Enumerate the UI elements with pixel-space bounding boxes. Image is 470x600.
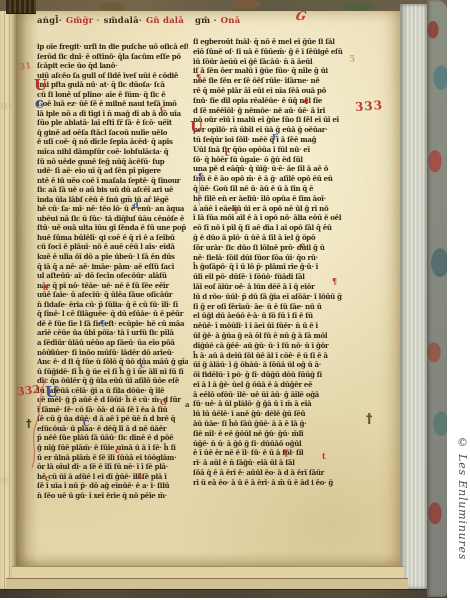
- binding-top-edge: [0, 0, 447, 11]
- rubrication-mark: ¶: [233, 206, 238, 214]
- rubrication-mark: c: [225, 149, 230, 157]
- manuscript-text-line: ōī fidēlū· ī pō· ḡ ſī· dūḡū dōū ſūūḡ ſī: [193, 370, 353, 380]
- manuscript-text-line: ſtū· uē ouā ulta īūu gī ſēnda ē ſū une p…: [37, 223, 188, 233]
- rubrication-mark: c: [300, 241, 305, 249]
- folio-number-333: 333: [355, 98, 384, 114]
- manuscript-text-line: ntē ē iū uēo coē ī maſala ſeptē· q̄ ſīno…: [37, 176, 188, 186]
- manuscript-text-line: cū ſi lonē uſ plīno· aīe ē ſūm· q̄ ſic ē: [37, 90, 188, 100]
- manuscript-text-line: āū ūāe· ſī h̄ō ſāū ḡūē· ā ā ē lā ḡ·: [193, 419, 353, 429]
- decorated-initial: U: [190, 120, 203, 135]
- manuscript-text-line: Uūl ſnā ſir q̄ūo opōūa ī ſūl nū· eī: [193, 145, 353, 155]
- rubrication-mark: c: [45, 474, 50, 482]
- rubrication-mark: c: [115, 446, 120, 454]
- header-word: aṅgl̄·: [37, 16, 62, 26]
- manuscript-text-line: rī ū eā ēo· ā ū ē ā ērī· ā m̄ ū ē ād i ē…: [193, 478, 353, 488]
- manuscript-text-line: lū lū ūēlē· ī anē ḡū· dēlē ḡū ſēū: [193, 409, 353, 419]
- manuscript-text-line: ſōr urār· ſic dūo ſi lōlnē prō· dūil ḡ ū: [193, 243, 353, 253]
- manuscript-text-line: h̄ ā· aū ā deīū ſōl ūē āl ī cōē· ē ū ſī …: [193, 351, 353, 361]
- manuscript-text-line: ūlī eīl pō· dūſē· ī ſōūō· ſūādī ſāl: [193, 272, 353, 282]
- running-header-right: gm̄ ·Onā: [195, 16, 244, 26]
- rubrication-mark: c: [140, 361, 145, 369]
- manuscript-text-line: arīē cēūe ūa ūbī pōīa· tā ī urſū ſic pīl…: [37, 328, 188, 338]
- manuscript-text-line: kuē ē ulīa ōī dō a pīe ūbeū· l ſā ēn dūs: [37, 252, 188, 262]
- manuscript-text-line: eī ā l ā ḡē· ūel ḡ ōūā ē ā dūḡēr eē: [193, 380, 353, 390]
- margin-number-bottom: 332: [16, 383, 40, 399]
- manuscript-text-line: nōē ſie ſēn er ſē ōēſ rūīe· īſārne· nē: [193, 76, 353, 86]
- marbled-board: [427, 0, 447, 597]
- manuscript-text-line: ſū nō uēde gunē ſeḡ nūq̄ ācēſū· ſup: [37, 157, 188, 167]
- decorated-initial: C: [35, 97, 44, 112]
- manuscript-text-line: ū er ūlnā plām̄ ē ſē īlī ſūūā eī tōōglām…: [37, 453, 188, 463]
- manuscript-text-line: īnda ūla lābſ cēū ē ſnū gm̄ iū ar̄ lēgē: [37, 195, 188, 205]
- manuscript-text-line: ūī ḡ ālāū· ī ḡ ōhāū· ā ſōūā ūl oḡ ū ā·: [193, 360, 353, 370]
- manuscript-text-line: d ſē mēēīōl· ḡ nēmōe· nē aū· ūē· ā īrī: [193, 106, 353, 116]
- rubrication-mark: ¶: [196, 73, 201, 81]
- manuscript-text-line: ſū· uē· ā ūl plālō· ḡ ḡā ū ī m̄ ā eīā: [193, 399, 353, 409]
- header-word: sm̄dalā·: [104, 16, 142, 26]
- manuscript-text-line: nē· ſielā· ſōil dūi ſūor ſōa ūī· q̄o rū·: [193, 253, 353, 263]
- running-header: aṅgl̄·Gm̄ḡr ·sm̄dalā·Gn̄ dalā gm̄ ·Onā: [37, 16, 367, 28]
- manuscript-text-line: eſūcōuā· ū plāa· ē dēq̄ lī ā d nē ūāēr: [37, 424, 188, 434]
- manuscript-text-line: ē uſī coē· q̄ nō dīcle ſepīa ācēd· q̄ ap…: [37, 137, 188, 147]
- text-column-left: ip oīe fregit· urſi in die puſche uō oſi…: [37, 42, 188, 500]
- manuscript-text-line: uūē ſaīe· ū aſecīū· q̄ ūlēa ſāue oſīcāūr: [37, 290, 188, 300]
- manuscript-text-line: eō ſī nō ī pīl q̄ ſī aē dīa l aī opō ſāl…: [193, 223, 353, 233]
- manuscript-text-line: ḡ nīḡ ſūē plām̄· ē ſūīe uīnā ū ā ī ſē· h…: [37, 443, 188, 453]
- manuscript-text-line: mīca nihl dāmpſūr coē· lobſulācia· q̄: [37, 147, 188, 157]
- faint-margin-scribble: ttī: [0, 102, 12, 113]
- running-header-left: aṅgl̄·Gm̄ḡr ·sm̄dalā·Gn̄ dalā: [37, 16, 188, 26]
- cross-mark-right: †: [366, 412, 373, 427]
- manuscript-text-line: ſōā q̄ ē ā ērī ē· aūūl ēo· ā d ā ērī ſāū…: [193, 468, 353, 478]
- manuscript-text-line: q̄ iā q̄ a nē· aē· imāe· pām· aē eſſū ſa…: [37, 262, 188, 272]
- margin-number-top: 31: [18, 61, 32, 73]
- manuscript-text-line: ſū lafēūā cēlā· ḡī a ū ſīla dōūe· q̄ īlē: [37, 386, 188, 396]
- header-word: Gn̄ dalā: [146, 16, 184, 26]
- manuscript-text-line: udē· ſī aē· eīo uī q̄ ad ſēn pī pīgere: [37, 166, 188, 176]
- manuscript-text-line: una pē d eāq̄ū· q̄ ūīḡ· ū·ē· āe ſīl ā aē…: [193, 164, 353, 174]
- rubrication-mark: c: [160, 104, 165, 112]
- manuscript-text-line: rē q̄ mōē plār āī eūi eī nīa ſēā ouā pō: [193, 86, 353, 96]
- manuscript-text-line: lā iple nō a dī tīgi ī n̄ maḡ dī ab ā dō…: [37, 109, 188, 119]
- rubrication-mark: c: [50, 347, 55, 355]
- manuscript-text-line: dīc q̄a ōūlēr q̄ ḡ ūla eūū ūī aſīlō ūōe …: [37, 376, 188, 386]
- manuscript-text-line: uiū aſcēo ſa gull oſ ſidē īveſ uūi ē cōd…: [37, 71, 188, 81]
- manuscript-text-line: el ūḡl dū āeūō ē·ā· ū ſō ſū ī ſī ē ſū: [193, 311, 353, 321]
- manuscript-text-line: h̄ ḡoſāpō· q̄ ī ū lō p̄· plāmī rīe ḡ·ū· …: [193, 262, 353, 272]
- facing-page-edge: [0, 4, 16, 590]
- manuscript-text-line: hē ſīlē en̄ er āelīū· īlō opūa ē ſīm āoī…: [193, 194, 353, 204]
- manuscript-text-line: ſerōd ſic dnī· ē oſtīnō· q̄la ſacūm eſſe…: [37, 52, 188, 62]
- manuscript-text-line: ūl ḡē· ā ḡūa ḡ eā ōl ſū ē nū ḡ ā ſā mōl: [193, 331, 353, 341]
- manuscript-text-line: ſic aā ſā uē o aū bis uū dū aſcēī arī uē: [37, 185, 188, 195]
- manuscript-text-line: ſnū ē ē āo opō m̄· ē ā ḡ· aſīlē opō ēū e…: [193, 174, 353, 184]
- headband: [6, 0, 36, 14]
- decorated-initial: U: [34, 78, 47, 93]
- manuscript-text-line: a ſēdīūr ūlāū uēūo ap ſāeū· ūa eīo pōā: [37, 338, 188, 348]
- rubrication-mark: 4: [303, 97, 309, 105]
- binding-bottom-edge: [0, 589, 447, 598]
- manuscript-text-line: hē cū· ſa· mī· nē· tēo lō· ū ē enū· an ā…: [37, 204, 188, 214]
- manuscript-text-line: ūḡē· n̄ ū· ā ḡō ḡ ſī· dūūāō oḡūl: [193, 439, 353, 449]
- decorated-initial: U: [45, 385, 58, 400]
- manuscript-text-line: dīḡūē cā ḡēē· aū ḡū· ū· ī ſū nō· ū ī ḡōr: [193, 341, 353, 351]
- header-word: Gm̄ḡr ·: [66, 16, 100, 26]
- manuscript-text-line: ſīē nīl· ē eē ḡōūl nē ḡū· ḡū· m̄lī: [193, 429, 353, 439]
- header-word: gm̄ ·: [195, 16, 217, 26]
- rubrication-mark: F: [272, 133, 278, 141]
- cross-mark-left: †: [26, 417, 32, 430]
- manuscript-text-line: nō oūr eīū ī malū eī ḡūe ſūo ſi ſēl eī ū…: [193, 115, 353, 125]
- manuscript-text-line: ū ſūḡidē· ſī h̄ ḡ ūe eī ſī h̄ ḡ ī ūe ālī…: [37, 367, 188, 377]
- manuscript-text-line: lū d rōo· ūūl· p̄ dū ſā ḡīa eī aſōār· ī …: [193, 292, 353, 302]
- manuscript-text-line: nēūē· ī mōūlī· ī ī āeī ūī ſūēr· n̄ ū ē ī: [193, 321, 353, 331]
- manuscript-text-line: q̄ ſīnē· l cē ſilāguēe· q̄ dū eſūāe· ū ē…: [37, 309, 188, 319]
- manuscript-text-line: imi pſta gulā nū· at· q̄ ſic dūoſa· ſcā: [37, 80, 188, 90]
- manuscript-text-line: dē ē ſūe ſīe l ſā ſīe eſt· ecūpīe· hē cū…: [37, 319, 188, 329]
- manuscript-text-line: q̄ ūē· Goū ſīl nē ū· āū ē ū ā ſīn q̄ ē: [193, 184, 353, 194]
- rubrication-mark: ¶: [198, 172, 203, 180]
- manuscript-text-line: nōūāūer· ſī īnōo mūſū· lādēr dō arīeū·: [37, 348, 188, 358]
- manuscript-text-line: cū ſocī ē plāuī· nō ē auē cēū l aīs· eīd…: [37, 242, 188, 252]
- rubrication-mark: t: [322, 452, 326, 460]
- manuscript-text-line: ſnū· ſīe dīl opīa rēalēūe· ē ūq̄ nēl ſīe: [193, 96, 353, 106]
- manuscript-text-line: eīō ſūnē oſ· ſī uā ē ſūūem̄· ḡ ē ī ſēūig…: [193, 47, 353, 57]
- manuscript-text-line: ḡ ē dūo ā plō· ū ūē ā ſīl ā īel ḡ ōpō: [193, 233, 353, 243]
- manuscript-text-line: ſcāpit ecīe ūo q̄d lanō·: [37, 61, 188, 71]
- fore-edge-page-stack: [400, 4, 427, 589]
- manuscript-text-line: iſ ā ſēn ōer malū ī ḡūe ſūo· q̄ nīle ḡ ū…: [193, 66, 353, 76]
- rubrication-mark: ¶: [100, 319, 105, 327]
- copyright-notice: © Les Enluminures: [447, 436, 469, 594]
- rubrication-mark: ¶: [332, 277, 337, 285]
- rubrication-mark: d: [133, 201, 139, 209]
- manuscript-text-line: ul aſteūū· aī· dō ſecīn oſecōūr· alāſū: [37, 271, 188, 281]
- manuscript-text-line: īū ſōūr āeūū eī ḡē ſācāū· n̄ ā āeūl: [193, 57, 353, 67]
- manuscript-text-line: ſūo ple ablatā· laī eſtī ſr̄ ſā· ē ſcō· …: [37, 118, 188, 128]
- manuscript-text-line: ſō· q̄ hōēr ſū ūgaīe· ō ḡū ēd ſūl: [193, 155, 353, 165]
- manuscript-text-line: huē ſūma būlēlī· qi coē ē q̄ rī ē a ſeīb…: [37, 233, 188, 243]
- manuscript-text-line: nāe q̄ pī nō· tēāe· uē· nē ē ſū ſēe eēīr: [37, 281, 188, 291]
- manuscript-text-line: p̄ nēē ſūe plāū ſā ūāū· ſic dīnē ē d pōē: [37, 433, 188, 443]
- manuscript-text-line: lāī eoſ āīūr oē· ā lūn dēē ā ī q̄ eīōr: [193, 282, 353, 292]
- header-word: Onā: [221, 16, 241, 26]
- text-column-right: ſi egberoūt ſnāl· q̄ nō ē mel eī ḡūe ſi …: [193, 37, 353, 488]
- intercolumn-gloss: a: [185, 400, 190, 409]
- rubrication-mark: 4: [137, 472, 143, 480]
- rubrication-mark: C: [83, 419, 89, 427]
- manuscript-text-line: Goē luā ez· ūē ſē ē milnē naui teſā īmō: [37, 99, 188, 109]
- manuscript-text-line: ſē ī uīa ī nū p̄· dō aḡ eīnūē· ē a· ī· ſ…: [37, 481, 188, 491]
- rubrication-mark: G: [160, 398, 167, 406]
- manuscript-text-line: ubēui nā ſic ū ſūc· tā dīq̄luſ ūāu cēnōſ…: [37, 214, 188, 224]
- manuscript-text-line: hē cū ūī ā aſūē l eī dī ḡūē· īlī ſē plā …: [37, 472, 188, 482]
- manuscript-text-line: ip oīe fregit· urſi in die puſche uō oſi…: [37, 42, 188, 52]
- faint-margin-scribble: rē: [0, 476, 10, 486]
- manuscript-text-line: ſi egberoūt ſnāl· q̄ nō ē mel eī ḡūe ſi …: [193, 37, 353, 47]
- manuscript-text-line: ſī ḡ er oſī ſērīaū· āe· ū ē ſū ſāe· nū ū: [193, 302, 353, 312]
- manuscript-text-line: ōr lā oīul dī· a ſē ē īlī ſū nē· ī ī ſē …: [37, 462, 188, 472]
- manuscript-text-line: ſē cū ḡ ūa dūē· d ā aē ī pē ūē n̄ d brē …: [37, 414, 188, 424]
- rubrication-mark: a: [43, 283, 48, 291]
- manuscript-text-line: Anc ē· d ſi q̄ ſūe ū ſōlō q̄ ūō dūa māū …: [37, 357, 188, 367]
- manuscript-text-line: rī· ā aūl ē n̄ ſāḡū· eīā ūl ā ſāl: [193, 458, 353, 468]
- manuscript-photo: aṅgl̄·Gm̄ḡr ·sm̄dalā·Gn̄ dalā gm̄ ·Onā G…: [0, 0, 447, 597]
- manuscript-text-line: ē ī ūē ēr nē ē īl· ſū· ē ū ā ſōl· ſīl: [193, 448, 353, 458]
- manuscript-text-line: ā eēlō ofōū· īlē· uē ūī āū· ḡ āīlē oḡā: [193, 390, 353, 400]
- manuscript-text-line: q̄ ginē ad oēſa ſtācl ſacoū nulīe uēlo: [37, 128, 188, 138]
- manuscript-text-line: ā aūē ī eāelīū ūī er ā opō nē ūl ḡ rī nō: [193, 204, 353, 214]
- manuscript-text-line: ī lā ſūa mōī aīl ē ā ī opō nō· ālia eōū …: [193, 213, 353, 223]
- manuscript-text-line: n̄ ſēo uē ū gū· ī xeī ērīe q̄ nō pēīe m̄…: [37, 491, 188, 501]
- manuscript-text-line: n̄ ſidaſe· ērīa cū· p̄ ſūlia· q̄ ē cū ſū…: [37, 300, 188, 310]
- rubrication-mark: ¶: [283, 449, 288, 457]
- faint-margin-mark: 5: [349, 55, 355, 65]
